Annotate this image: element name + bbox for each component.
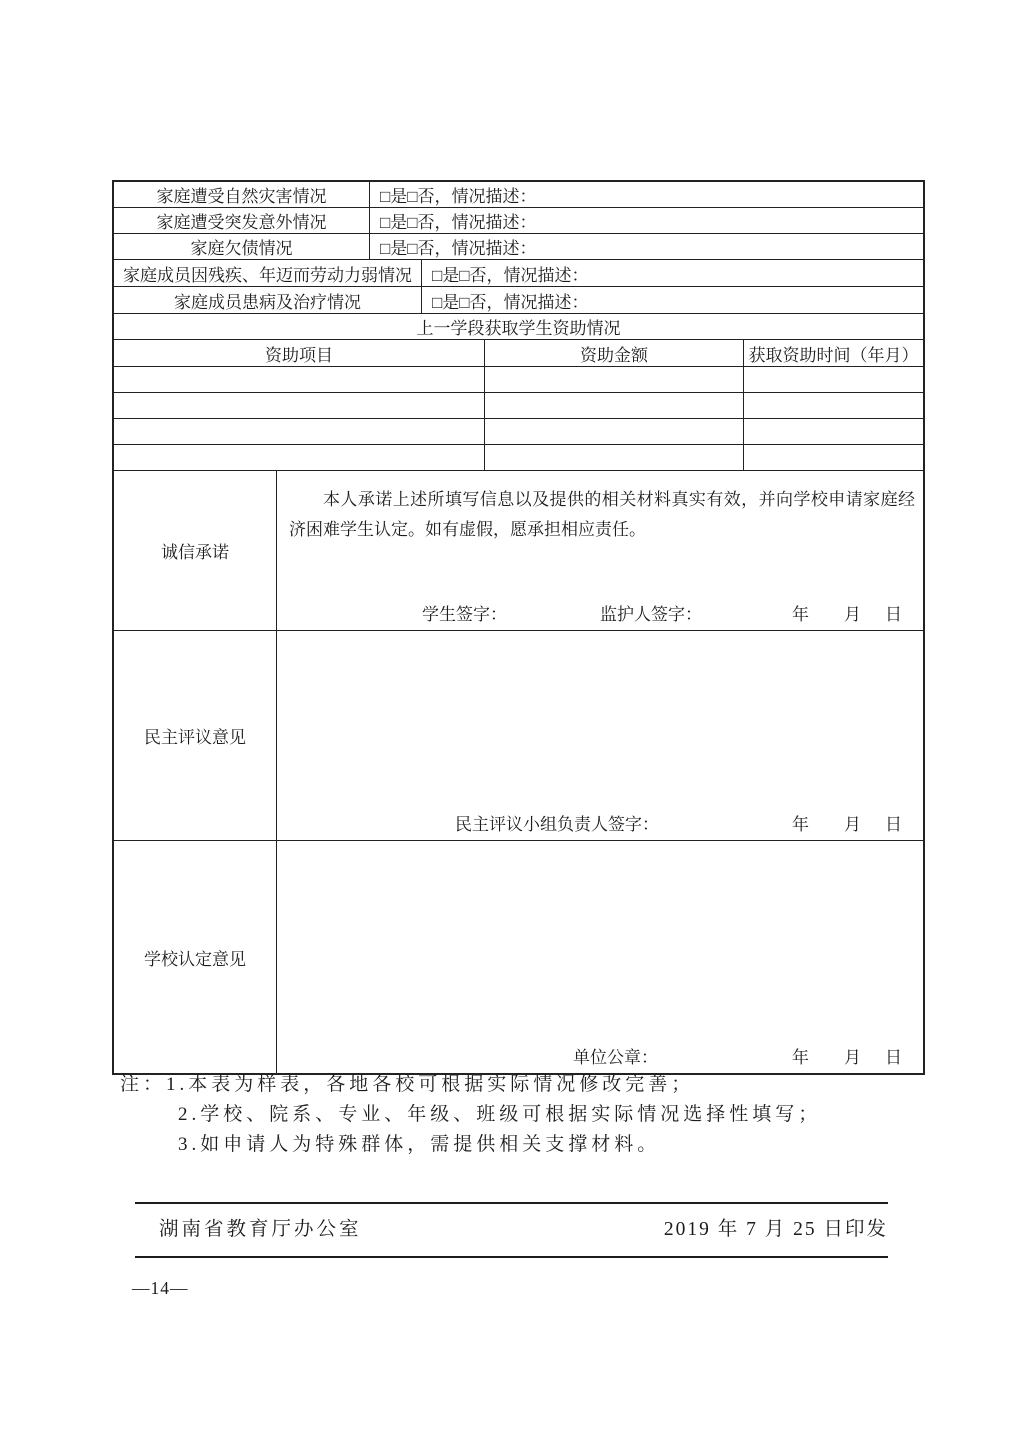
footer-top-rule [135, 1202, 888, 1204]
school-opinion-content: 单位公章： 年 月 日 [277, 841, 923, 1073]
review-label: 民主评议意见 [114, 631, 277, 840]
table-row: 家庭成员患病及治疗情况 □是□否，情况描述： [114, 287, 923, 314]
day-label: 日 [885, 810, 902, 835]
day-label: 日 [885, 1043, 902, 1068]
commitment-statement: 本人承诺上述所填写信息以及提供的相关材料真实有效，并向学校申请家庭经济困难学生认… [289, 485, 915, 545]
student-signature-label: 学生签字： [422, 600, 507, 625]
condition-label-sudden-accident: 家庭遭受突发意外情况 [114, 208, 370, 233]
aid-time-cell [744, 393, 923, 418]
table-row: 上一学段获取学生资助情况 [114, 314, 923, 340]
commitment-section: 诚信承诺 本人承诺上述所填写信息以及提供的相关材料真实有效，并向学校申请家庭经济… [114, 471, 923, 631]
aid-amount-cell [485, 393, 744, 418]
review-content: 民主评议小组负责人签字： 年 月 日 [277, 631, 923, 840]
year-label: 年 [792, 810, 809, 835]
condition-options-illness-treatment: □是□否，情况描述： [422, 287, 923, 313]
school-opinion-section: 学校认定意见 单位公章： 年 月 日 [114, 841, 923, 1073]
aid-amount-cell [485, 367, 744, 392]
day-label: 日 [885, 600, 902, 625]
month-label: 月 [844, 600, 861, 625]
aid-column-time: 获取资助时间（年月） [744, 340, 923, 366]
aid-amount-cell [485, 419, 744, 444]
aid-header-row: 资助项目 资助金额 获取资助时间（年月） [114, 340, 923, 367]
aid-data-row [114, 367, 923, 393]
table-row: 家庭遭受突发意外情况 □是□否，情况描述： [114, 208, 923, 234]
review-leader-signature-label: 民主评议小组负责人签字： [455, 810, 659, 835]
table-row: 家庭成员因残疾、年迈而劳动力弱情况 □是□否，情况描述： [114, 260, 923, 287]
year-label: 年 [792, 600, 809, 625]
aid-amount-cell [485, 445, 744, 470]
condition-label-illness-treatment: 家庭成员患病及治疗情况 [114, 287, 422, 313]
note-line-2: 2.学校、院系、专业、年级、班级可根据实际情况选择性填写； [120, 1100, 900, 1130]
commitment-content: 本人承诺上述所填写信息以及提供的相关材料真实有效，并向学校申请家庭经济困难学生认… [277, 471, 923, 630]
page-number: —14— [132, 1278, 189, 1299]
note-line-3: 3.如申请人为特殊群体，需提供相关支撑材料。 [120, 1130, 900, 1160]
aid-data-row [114, 445, 923, 471]
aid-project-cell [114, 367, 485, 392]
application-form-table: 家庭遭受自然灾害情况 □是□否，情况描述： 家庭遭受突发意外情况 □是□否，情况… [112, 180, 925, 1075]
aid-data-row [114, 393, 923, 419]
print-date: 2019 年 7 月 25 日印发 [664, 1213, 888, 1241]
review-section: 民主评议意见 民主评议小组负责人签字： 年 月 日 [114, 631, 923, 841]
condition-label-natural-disaster: 家庭遭受自然灾害情况 [114, 182, 370, 207]
aid-project-cell [114, 445, 485, 470]
document-page: 家庭遭受自然灾害情况 □是□否，情况描述： 家庭遭受突发意外情况 □是□否，情况… [0, 0, 1024, 1448]
aid-time-cell [744, 445, 923, 470]
month-label: 月 [844, 810, 861, 835]
footer-issuing-row: 湖南省教育厅办公室 2019 年 7 月 25 日印发 [135, 1213, 888, 1241]
aid-data-row [114, 419, 923, 445]
aid-project-cell [114, 393, 485, 418]
aid-time-cell [744, 367, 923, 392]
unit-seal-label: 单位公章： [573, 1043, 658, 1068]
issuing-office: 湖南省教育厅办公室 [135, 1213, 362, 1241]
form-notes: 注：1.本表为样表，各地各校可根据实际情况修改完善； 2.学校、院系、专业、年级… [120, 1070, 900, 1160]
condition-label-weak-labor: 家庭成员因残疾、年迈而劳动力弱情况 [114, 260, 422, 286]
footer-bottom-rule [135, 1256, 888, 1258]
guardian-signature-label: 监护人签字： [600, 600, 702, 625]
note-line-1: 注：1.本表为样表，各地各校可根据实际情况修改完善； [120, 1070, 900, 1100]
aid-column-amount: 资助金额 [485, 340, 744, 366]
table-row: 家庭遭受自然灾害情况 □是□否，情况描述： [114, 182, 923, 208]
condition-options-natural-disaster: □是□否，情况描述： [370, 182, 923, 207]
month-label: 月 [844, 1043, 861, 1068]
school-opinion-label: 学校认定意见 [114, 841, 277, 1073]
aid-column-project: 资助项目 [114, 340, 485, 366]
condition-options-sudden-accident: □是□否，情况描述： [370, 208, 923, 233]
aid-project-cell [114, 419, 485, 444]
aid-section-title: 上一学段获取学生资助情况 [114, 314, 923, 339]
commitment-label: 诚信承诺 [114, 471, 277, 630]
year-label: 年 [792, 1043, 809, 1068]
table-row: 家庭欠债情况 □是□否，情况描述： [114, 234, 923, 260]
condition-options-weak-labor: □是□否，情况描述： [422, 260, 923, 286]
condition-label-family-debt: 家庭欠债情况 [114, 234, 370, 259]
condition-options-family-debt: □是□否，情况描述： [370, 234, 923, 259]
aid-time-cell [744, 419, 923, 444]
